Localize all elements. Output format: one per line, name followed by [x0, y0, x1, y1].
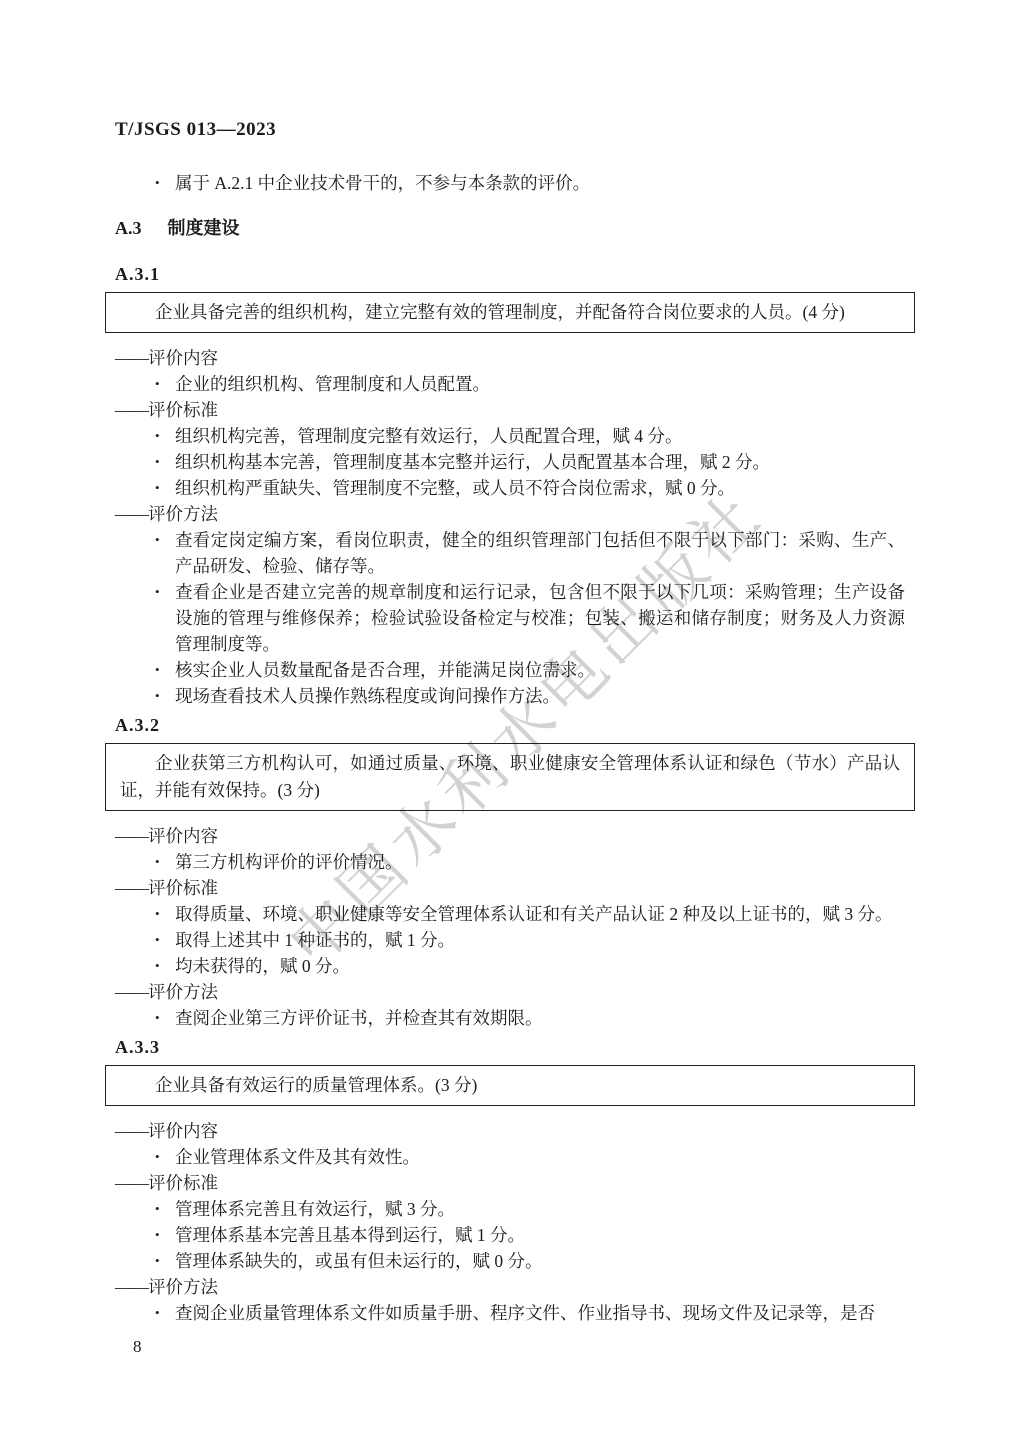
list-item: •管理体系缺失的，或虽有但未运行的，赋 0 分。 — [115, 1248, 905, 1274]
criteria-group-label: ——评价标准 — [115, 397, 905, 423]
bullet-icon: • — [155, 423, 175, 449]
list-item: • 属于 A.2.1 中企业技术骨干的，不参与本条款的评价。 — [115, 170, 905, 196]
list-item: •现场查看技术人员操作熟练程度或询问操作方法。 — [115, 683, 905, 709]
document-page: 中国水利水电出版社 T/JSGS 013—2023 • 属于 A.2.1 中企业… — [0, 0, 1020, 1431]
list-item: •查看企业是否建立完善的规章制度和运行记录，包含但不限于以下几项：采购管理；生产… — [115, 579, 905, 657]
criteria-group-label: ——评价内容 — [115, 345, 905, 371]
clause-number: A.3.3 — [115, 1035, 905, 1059]
list-item-text: 管理体系缺失的，或虽有但未运行的，赋 0 分。 — [175, 1248, 905, 1274]
list-item: •组织机构基本完善，管理制度基本完整并运行，人员配置基本合理，赋 2 分。 — [115, 449, 905, 475]
dash-prefix: —— — [115, 1173, 148, 1193]
criteria-label-text: 评价标准 — [148, 878, 218, 898]
list-item-text: 管理体系完善且有效运行，赋 3 分。 — [175, 1196, 905, 1222]
list-item-text: 组织机构完善，管理制度完整有效运行，人员配置合理，赋 4 分。 — [175, 423, 905, 449]
clause-number: A.3.2 — [115, 713, 905, 737]
bullet-icon: • — [155, 1196, 175, 1222]
bullet-icon: • — [155, 657, 175, 683]
list-item: •查阅企业质量管理体系文件如质量手册、程序文件、作业指导书、现场文件及记录等，是… — [115, 1300, 905, 1326]
list-item: •管理体系基本完善且基本得到运行，赋 1 分。 — [115, 1222, 905, 1248]
list-item-text: 企业的组织机构、管理制度和人员配置。 — [175, 371, 905, 397]
bullet-icon: • — [155, 475, 175, 501]
dash-prefix: —— — [115, 400, 148, 420]
criteria-label-text: 评价内容 — [148, 1121, 218, 1141]
list-item: •管理体系完善且有效运行，赋 3 分。 — [115, 1196, 905, 1222]
bullet-icon: • — [155, 1144, 175, 1170]
list-item: •取得上述其中 1 种证书的，赋 1 分。 — [115, 927, 905, 953]
criteria-label-text: 评价标准 — [148, 400, 218, 420]
requirement-text: 企业具备完善的组织机构，建立完整有效的管理制度，并配备符合岗位要求的人员。(4 … — [120, 299, 900, 326]
criteria-label-text: 评价内容 — [148, 348, 218, 368]
list-item: •均未获得的，赋 0 分。 — [115, 953, 905, 979]
list-item-text: 取得质量、环境、职业健康等安全管理体系认证和有关产品认证 2 种及以上证书的，赋… — [175, 901, 905, 927]
list-item-text: 企业管理体系文件及其有效性。 — [175, 1144, 905, 1170]
bullet-icon: • — [155, 901, 175, 927]
dash-prefix: —— — [115, 982, 148, 1002]
requirement-box: 企业具备完善的组织机构，建立完整有效的管理制度，并配备符合岗位要求的人员。(4 … — [105, 292, 915, 333]
list-item-text: 管理体系基本完善且基本得到运行，赋 1 分。 — [175, 1222, 905, 1248]
criteria-label-text: 评价内容 — [148, 826, 218, 846]
bullet-icon: • — [155, 1300, 175, 1326]
criteria-label-text: 评价方法 — [148, 504, 218, 524]
criteria-label-text: 评价方法 — [148, 1277, 218, 1297]
bullet-icon: • — [155, 849, 175, 875]
dash-prefix: —— — [115, 348, 148, 368]
bullet-icon: • — [155, 1248, 175, 1274]
list-item: •核实企业人员数量配备是否合理，并能满足岗位需求。 — [115, 657, 905, 683]
dash-prefix: —— — [115, 504, 148, 524]
criteria-label-text: 评价标准 — [148, 1173, 218, 1193]
page-content: T/JSGS 013—2023 • 属于 A.2.1 中企业技术骨干的，不参与本… — [0, 0, 1020, 1360]
bullet-icon: • — [155, 953, 175, 979]
clause-number: A.3.1 — [115, 262, 905, 286]
criteria-group-label: ——评价方法 — [115, 979, 905, 1005]
list-item-text: 核实企业人员数量配备是否合理，并能满足岗位需求。 — [175, 657, 905, 683]
list-item: •取得质量、环境、职业健康等安全管理体系认证和有关产品认证 2 种及以上证书的，… — [115, 901, 905, 927]
doc-code: T/JSGS 013—2023 — [115, 118, 905, 142]
bullet-icon: • — [155, 683, 175, 709]
bullet-icon: • — [155, 527, 175, 579]
list-item-text: 属于 A.2.1 中企业技术骨干的，不参与本条款的评价。 — [175, 170, 905, 196]
bullet-icon: • — [155, 927, 175, 953]
list-item-text: 查阅企业第三方评价证书，并检查其有效期限。 — [175, 1005, 905, 1031]
criteria-group-label: ——评价内容 — [115, 823, 905, 849]
list-item: •企业管理体系文件及其有效性。 — [115, 1144, 905, 1170]
list-item-text: 第三方机构评价的评价情况。 — [175, 849, 905, 875]
list-item-text: 均未获得的，赋 0 分。 — [175, 953, 905, 979]
list-item: •组织机构严重缺失、管理制度不完整，或人员不符合岗位需求，赋 0 分。 — [115, 475, 905, 501]
page-number: 8 — [133, 1334, 905, 1360]
criteria-group-label: ——评价方法 — [115, 501, 905, 527]
criteria-group-label: ——评价标准 — [115, 1170, 905, 1196]
section-title: 制度建设 — [168, 218, 240, 238]
list-item-text: 查看企业是否建立完善的规章制度和运行记录，包含但不限于以下几项：采购管理；生产设… — [175, 579, 905, 657]
dash-prefix: —— — [115, 878, 148, 898]
requirement-box: 企业具备有效运行的质量管理体系。(3 分) — [105, 1065, 915, 1106]
criteria-label-text: 评价方法 — [148, 982, 218, 1002]
bullet-icon: • — [155, 170, 175, 196]
dash-prefix: —— — [115, 1121, 148, 1141]
list-item-text: 组织机构严重缺失、管理制度不完整，或人员不符合岗位需求，赋 0 分。 — [175, 475, 905, 501]
bullet-icon: • — [155, 1222, 175, 1248]
bullet-icon: • — [155, 579, 175, 657]
dash-prefix: —— — [115, 1277, 148, 1297]
list-item: •第三方机构评价的评价情况。 — [115, 849, 905, 875]
criteria-group-label: ——评价方法 — [115, 1274, 905, 1300]
list-item: •查看定岗定编方案，看岗位职责，健全的组织管理部门包括但不限于以下部门：采购、生… — [115, 527, 905, 579]
section-number: A.3 — [115, 218, 142, 238]
list-item-text: 现场查看技术人员操作熟练程度或询问操作方法。 — [175, 683, 905, 709]
list-item: •组织机构完善，管理制度完整有效运行，人员配置合理，赋 4 分。 — [115, 423, 905, 449]
criteria-group-label: ——评价内容 — [115, 1118, 905, 1144]
list-item-text: 查阅企业质量管理体系文件如质量手册、程序文件、作业指导书、现场文件及记录等，是否 — [175, 1300, 905, 1326]
list-item: •企业的组织机构、管理制度和人员配置。 — [115, 371, 905, 397]
dash-prefix: —— — [115, 826, 148, 846]
list-item-text: 查看定岗定编方案，看岗位职责，健全的组织管理部门包括但不限于以下部门：采购、生产… — [175, 527, 905, 579]
bullet-icon: • — [155, 371, 175, 397]
list-item: •查阅企业第三方评价证书，并检查其有效期限。 — [115, 1005, 905, 1031]
requirement-text: 企业获第三方机构认可，如通过质量、环境、职业健康安全管理体系认证和绿色（节水）产… — [120, 750, 900, 804]
bullet-icon: • — [155, 449, 175, 475]
bullet-icon: • — [155, 1005, 175, 1031]
requirement-text: 企业具备有效运行的质量管理体系。(3 分) — [120, 1072, 900, 1099]
requirement-box: 企业获第三方机构认可，如通过质量、环境、职业健康安全管理体系认证和绿色（节水）产… — [105, 743, 915, 811]
list-item-text: 组织机构基本完善，管理制度基本完整并运行，人员配置基本合理，赋 2 分。 — [175, 449, 905, 475]
list-item-text: 取得上述其中 1 种证书的，赋 1 分。 — [175, 927, 905, 953]
section-heading: A.3制度建设 — [115, 216, 905, 240]
criteria-group-label: ——评价标准 — [115, 875, 905, 901]
